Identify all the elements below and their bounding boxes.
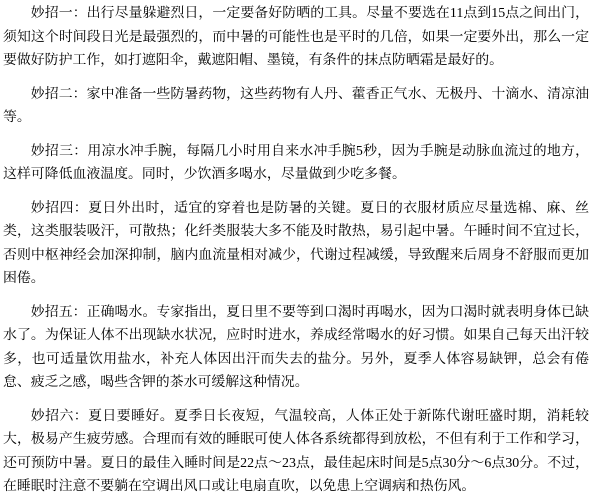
paragraph-tip-5: 妙招五：正确喝水。专家指出，夏日里不要等到口渴时再喝水，因为口渴时就表明身体已缺… <box>3 301 589 395</box>
paragraph-tip-2: 妙招二：家中准备一些防暑药物，这些药物有人丹、藿香正气水、无极丹、十滴水、清凉油… <box>3 83 589 130</box>
paragraph-tip-4: 妙招四：夏日外出时，适宜的穿着也是防暑的关键。夏日的衣服材质应尽量选棉、麻、丝类… <box>3 197 589 291</box>
paragraph-tip-3: 妙招三：用凉水冲手腕，每隔几小时用自来水冲手腕5秒，因为手腕是动脉血流过的地方，… <box>3 140 589 187</box>
paragraph-tip-6: 妙招六：夏日要睡好。夏季日长夜短，气温较高，人体正处于新陈代谢旺盛时期，消耗较大… <box>3 405 589 499</box>
document-page: { "colors": { "background": "#ffffff", "… <box>0 0 592 502</box>
paragraph-tip-1: 妙招一：出行尽量躲避烈日，一定要备好防晒的工具。尽量不要选在11点到15点之间出… <box>3 2 589 73</box>
article-body: 妙招一：出行尽量躲避烈日，一定要备好防晒的工具。尽量不要选在11点到15点之间出… <box>0 0 592 499</box>
